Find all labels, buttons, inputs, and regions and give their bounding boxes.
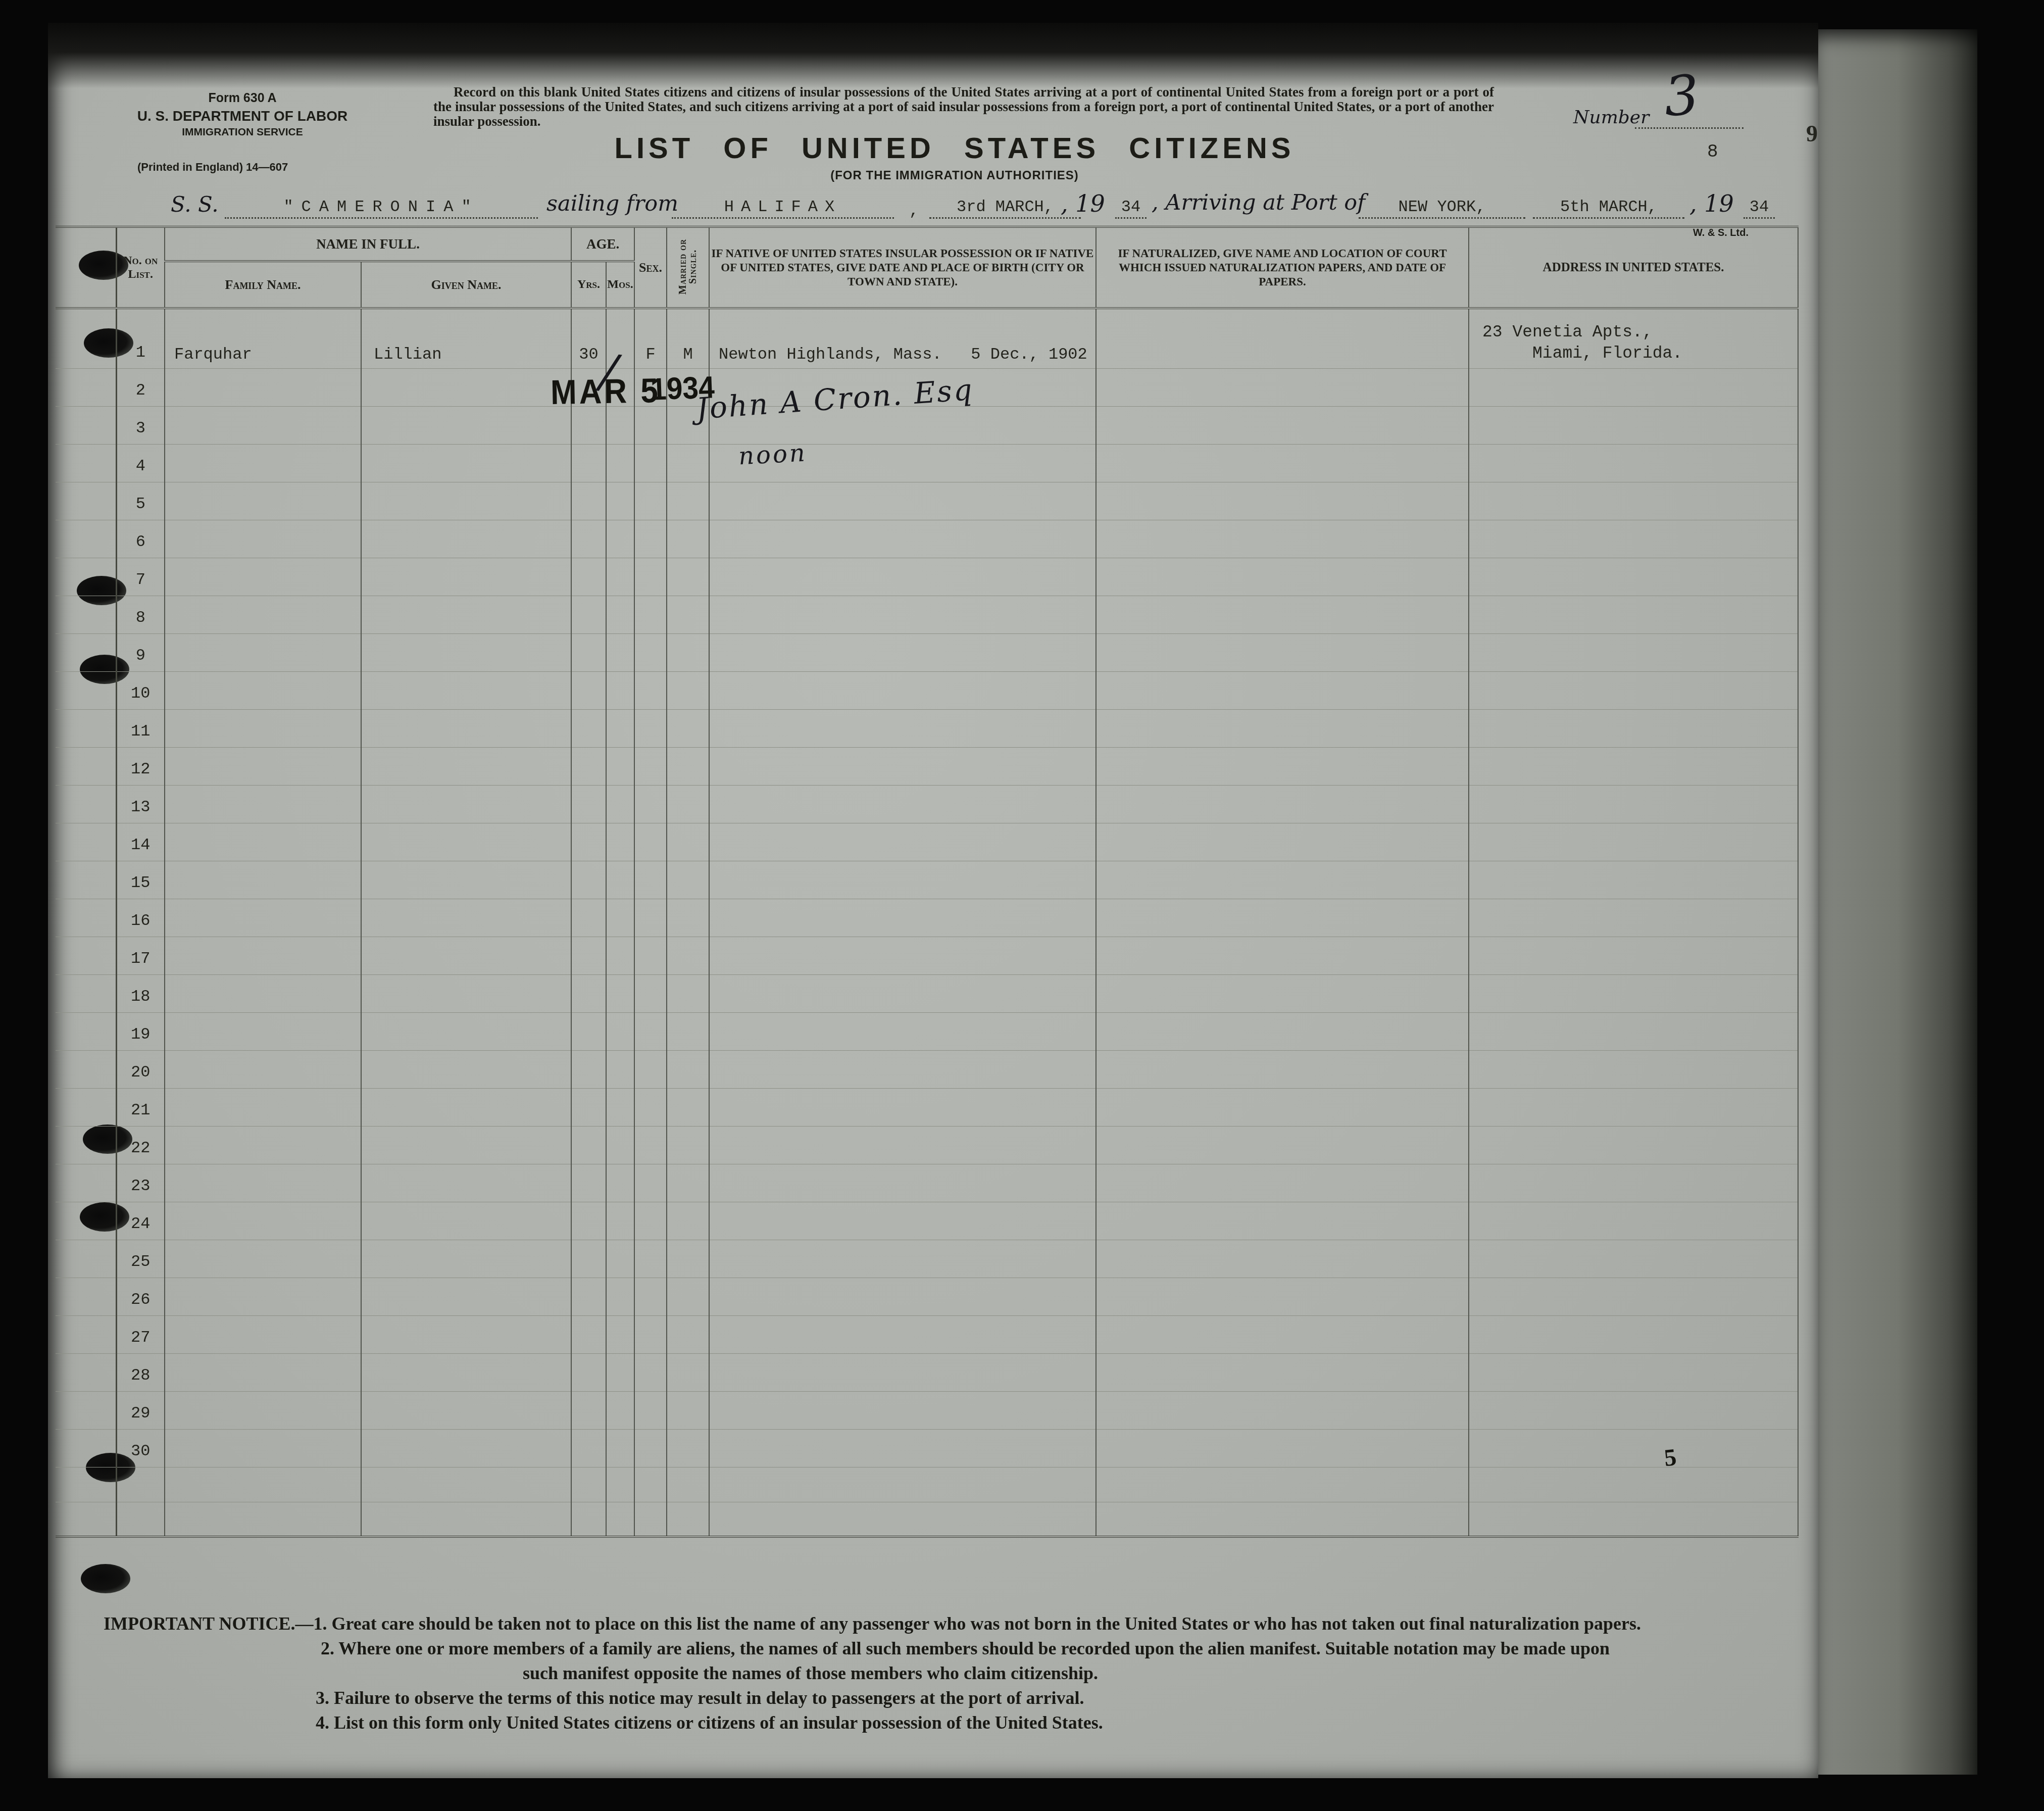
cell-family: [165, 406, 361, 444]
cell-no: 1: [116, 308, 165, 368]
cell-given: [361, 1050, 571, 1088]
cell-married: [667, 671, 709, 709]
cell-margin: [56, 671, 116, 709]
cell-yrs: [571, 1278, 606, 1315]
cell-naturalized: [1096, 823, 1469, 861]
cell-given: [361, 1315, 571, 1353]
cell-margin: [56, 1050, 116, 1088]
printed-year-prefix-1: , 19: [1061, 190, 1105, 217]
handwritten-noon: noon: [738, 438, 808, 470]
cell-married: [667, 709, 709, 747]
cell-sex: [634, 1240, 667, 1278]
cell-margin: [56, 823, 116, 861]
cell-naturalized: [1096, 1502, 1469, 1537]
cell-birth: [709, 1391, 1096, 1429]
cell-married: [667, 861, 709, 899]
cell-mos: [606, 520, 634, 558]
cell-margin: [56, 1502, 116, 1537]
cell-margin: [56, 1126, 116, 1164]
cell-family: [165, 671, 361, 709]
cell-yrs: [571, 861, 606, 899]
cell-address: [1469, 1164, 1798, 1202]
col-header-yrs: Yrs.: [571, 261, 606, 308]
cell-given: [361, 482, 571, 520]
cell-no: 4: [116, 444, 165, 482]
given-name-label: Given Name.: [431, 277, 502, 292]
cell-sex: F: [634, 308, 667, 368]
sailing-year-field: 34: [1115, 197, 1146, 219]
cell-mos: [606, 596, 634, 633]
cell-birth: [709, 1502, 1096, 1537]
cell-sex: [634, 1050, 667, 1088]
table-row: 29: [56, 1391, 1798, 1429]
cell-married: [667, 1164, 709, 1202]
cell-married: [667, 899, 709, 937]
cell-birth: [709, 671, 1096, 709]
cell-birth: [709, 482, 1096, 520]
cell-no: 12: [116, 747, 165, 785]
cell-yrs: [571, 596, 606, 633]
cell-sex: [634, 1202, 667, 1240]
cell-family: [165, 1202, 361, 1240]
cell-margin: [56, 1353, 116, 1391]
cell-naturalized: [1096, 1202, 1469, 1240]
notice-num-4: 4.: [316, 1712, 329, 1733]
cell-address: [1469, 558, 1798, 596]
cell-margin: [56, 899, 116, 937]
cell-no: 17: [116, 937, 165, 974]
cell-family: [165, 1126, 361, 1164]
cell-sex: [634, 558, 667, 596]
mos-label: Mos.: [607, 278, 633, 291]
cell-given: [361, 406, 571, 444]
col-header-age: AGE.: [571, 227, 634, 261]
cell-birth: [709, 1126, 1096, 1164]
next-page-edge: [1818, 29, 1977, 1775]
cell-sex: [634, 1391, 667, 1429]
cell-family: [165, 709, 361, 747]
table-row: 6: [56, 520, 1798, 558]
col-header-sex: Sex.: [634, 227, 667, 308]
cell-yrs: [571, 520, 606, 558]
cell-married: [667, 1240, 709, 1278]
cell-naturalized: [1096, 633, 1469, 671]
cell-family: [165, 596, 361, 633]
cell-birth: [709, 1164, 1096, 1202]
cell-sex: [634, 633, 667, 671]
cell-address: [1469, 633, 1798, 671]
cell-no: 18: [116, 974, 165, 1012]
cell-birth: [709, 596, 1096, 633]
cell-given: [361, 558, 571, 596]
cell-no: 2: [116, 368, 165, 406]
scanned-manifest-page: Form 630 A U. S. DEPARTMENT OF LABOR IMM…: [0, 0, 2044, 1811]
cell-address: [1469, 1315, 1798, 1353]
cell-mos: [606, 1050, 634, 1088]
table-row: [56, 1467, 1798, 1502]
cell-mos: [606, 1467, 634, 1502]
cell-sex: [634, 1502, 667, 1537]
cell-mos: [606, 1012, 634, 1050]
cell-mos: [606, 861, 634, 899]
col-header-mos: Mos.: [606, 261, 634, 308]
cell-naturalized: [1096, 861, 1469, 899]
table-row: [56, 1502, 1798, 1537]
cell-margin: [56, 1315, 116, 1353]
cell-address: [1469, 1088, 1798, 1126]
cell-birth: [709, 899, 1096, 937]
cell-naturalized: [1096, 785, 1469, 823]
cell-mos: [606, 1164, 634, 1202]
cell-family: [165, 520, 361, 558]
cell-mos: [606, 1315, 634, 1353]
cell-yrs: [571, 1467, 606, 1502]
cell-family: [165, 1012, 361, 1050]
cell-married: [667, 937, 709, 974]
cell-birth: [709, 633, 1096, 671]
cell-naturalized: [1096, 1164, 1469, 1202]
cell-yrs: [571, 747, 606, 785]
cell-married: [667, 633, 709, 671]
cell-married: [667, 974, 709, 1012]
cell-address: [1469, 1050, 1798, 1088]
cell-family: [165, 482, 361, 520]
cell-no: 27: [116, 1315, 165, 1353]
arriving-at-port-label: , Arriving at Port of: [1152, 190, 1365, 215]
cell-married: [667, 1467, 709, 1502]
cell-family: [165, 974, 361, 1012]
departure-port-field: HALIFAX: [672, 197, 894, 219]
printed-note: (Printed in England) 14—607: [137, 161, 288, 174]
notice-heading: IMPORTANT NOTICE.—: [104, 1613, 313, 1634]
cell-naturalized: [1096, 308, 1469, 368]
cell-margin: [56, 596, 116, 633]
cell-no: 8: [116, 596, 165, 633]
cell-yrs: [571, 1391, 606, 1429]
cell-no: 10: [116, 671, 165, 709]
cell-given: [361, 1126, 571, 1164]
cell-family: [165, 1429, 361, 1467]
cell-married: [667, 444, 709, 482]
cell-birth: [709, 747, 1096, 785]
cell-married: [667, 482, 709, 520]
cell-sex: [634, 1353, 667, 1391]
cell-no: 6: [116, 520, 165, 558]
cell-family: [165, 1502, 361, 1537]
cell-given: [361, 1502, 571, 1537]
cell-family: [165, 1050, 361, 1088]
cell-no: 30: [116, 1429, 165, 1467]
cell-given: [361, 1467, 571, 1502]
cell-address: [1469, 671, 1798, 709]
cell-yrs: [571, 823, 606, 861]
notice-text-1: Great care should be taken not to place …: [331, 1613, 1641, 1634]
table-row: 25: [56, 1240, 1798, 1278]
cell-address: [1469, 1240, 1798, 1278]
cell-given: [361, 861, 571, 899]
cell-family: [165, 1391, 361, 1429]
cell-mos: [606, 1278, 634, 1315]
manifest-rows: 1FarquharLillian30FMNewton Highlands, Ma…: [56, 308, 1798, 1537]
cell-sex: [634, 1429, 667, 1467]
cell-given: [361, 1353, 571, 1391]
cell-margin: [56, 368, 116, 406]
cell-married: [667, 785, 709, 823]
cell-naturalized: [1096, 1050, 1469, 1088]
comma-separator: ,: [909, 201, 919, 220]
cell-given: [361, 1012, 571, 1050]
table-row: 14: [56, 823, 1798, 861]
cell-married: [667, 520, 709, 558]
notice-line-4: 4. List on this form only United States …: [316, 1710, 1801, 1735]
cell-given: [361, 671, 571, 709]
cell-sex: [634, 861, 667, 899]
cell-sex: [634, 520, 667, 558]
cell-no: 3: [116, 406, 165, 444]
cell-margin: [56, 558, 116, 596]
cell-naturalized: [1096, 671, 1469, 709]
table-row: 9: [56, 633, 1798, 671]
cell-address: [1469, 1391, 1798, 1429]
sheet-page-number: 8: [1707, 141, 1718, 162]
cell-naturalized: [1096, 974, 1469, 1012]
cell-mos: [606, 747, 634, 785]
cell-birth: [709, 1467, 1096, 1502]
cell-no: 25: [116, 1240, 165, 1278]
cell-family: [165, 1353, 361, 1391]
cell-birth: [709, 520, 1096, 558]
cell-no: 16: [116, 899, 165, 937]
cell-birth: [709, 1088, 1096, 1126]
cell-naturalized: [1096, 937, 1469, 974]
cell-family: [165, 1164, 361, 1202]
cell-address: [1469, 596, 1798, 633]
arrival-date-field: 5th MARCH,: [1533, 197, 1684, 219]
notice-num-1: 1.: [313, 1613, 327, 1634]
cell-married: [667, 1202, 709, 1240]
cell-address: [1469, 1353, 1798, 1391]
form-id: Form 630 A: [131, 91, 354, 106]
cell-naturalized: [1096, 1240, 1469, 1278]
cell-yrs: [571, 899, 606, 937]
cell-yrs: [571, 1012, 606, 1050]
ss-label: S. S.: [171, 192, 219, 217]
cell-family: [165, 861, 361, 899]
cell-address: [1469, 823, 1798, 861]
important-notice: IMPORTANT NOTICE.—1. Great care should b…: [104, 1611, 1801, 1735]
cell-sex: [634, 1126, 667, 1164]
cell-sex: [634, 1088, 667, 1126]
cell-address: [1469, 785, 1798, 823]
table-row: 5: [56, 482, 1798, 520]
table-row: 12: [56, 747, 1798, 785]
cell-family: [165, 785, 361, 823]
cell-margin: [56, 1164, 116, 1202]
cell-margin: [56, 709, 116, 747]
printed-year-prefix-2: , 19: [1689, 190, 1734, 217]
cell-no: [116, 1502, 165, 1537]
sailing-from-label: sailing from: [546, 191, 678, 216]
cell-margin: [56, 1240, 116, 1278]
cell-address: [1469, 937, 1798, 974]
cell-family: [165, 823, 361, 861]
notice-num-3: 3.: [316, 1688, 329, 1708]
col-header-address: ADDRESS IN UNITED STATES.: [1469, 227, 1798, 308]
cell-naturalized: [1096, 1429, 1469, 1467]
punch-hole: [81, 1564, 130, 1593]
table-row: 17: [56, 937, 1798, 974]
cell-no: 11: [116, 709, 165, 747]
table-row: 18: [56, 974, 1798, 1012]
cell-given: [361, 823, 571, 861]
cell-margin: [56, 785, 116, 823]
cell-margin: [56, 633, 116, 671]
cell-no: 24: [116, 1202, 165, 1240]
cell-family: [165, 1315, 361, 1353]
cell-naturalized: [1096, 1391, 1469, 1429]
cell-mos: [606, 709, 634, 747]
family-name-label: Family Name.: [225, 277, 301, 292]
cell-sex: [634, 1315, 667, 1353]
table-row: 27: [56, 1315, 1798, 1353]
cell-yrs: [571, 1502, 606, 1537]
cell-sex: [634, 823, 667, 861]
cell-birth: Newton Highlands, Mass. 5 Dec., 1902: [709, 308, 1096, 368]
cell-no: 21: [116, 1088, 165, 1126]
cell-birth: [709, 1353, 1096, 1391]
cell-address: [1469, 1278, 1798, 1315]
no-on-list-label: No. on List.: [123, 254, 158, 281]
cell-married: [667, 1050, 709, 1088]
service-name: IMMIGRATION SERVICE: [131, 126, 354, 138]
cell-given: [361, 1164, 571, 1202]
cell-sex: [634, 899, 667, 937]
cell-given: [361, 974, 571, 1012]
table-row: 13: [56, 785, 1798, 823]
cell-naturalized: [1096, 1353, 1469, 1391]
table-row: 3: [56, 406, 1798, 444]
cell-given: [361, 633, 571, 671]
cell-birth: [709, 823, 1096, 861]
cell-yrs: [571, 671, 606, 709]
cell-yrs: [571, 482, 606, 520]
cell-address: [1469, 444, 1798, 482]
cell-no: 26: [116, 1278, 165, 1315]
cell-birth: [709, 558, 1096, 596]
cell-yrs: [571, 1202, 606, 1240]
cell-married: [667, 1429, 709, 1467]
notice-num-2: 2.: [321, 1638, 334, 1658]
cell-family: [165, 747, 361, 785]
cell-family: [165, 1278, 361, 1315]
table-row: 26: [56, 1278, 1798, 1315]
cell-yrs: [571, 937, 606, 974]
cell-naturalized: [1096, 520, 1469, 558]
cell-mos: [606, 899, 634, 937]
notice-line-2b: such manifest opposite the names of thos…: [523, 1661, 1801, 1686]
cell-yrs: [571, 785, 606, 823]
table-row: 4: [56, 444, 1798, 482]
cell-given: [361, 1088, 571, 1126]
table-row: 1FarquharLillian30FMNewton Highlands, Ma…: [56, 308, 1798, 368]
cell-married: [667, 1012, 709, 1050]
arrival-port-field: NEW YORK,: [1359, 197, 1525, 219]
table-row: 19: [56, 1012, 1798, 1050]
col-header-given-name: Given Name.: [361, 261, 571, 308]
cell-mos: [606, 1502, 634, 1537]
cell-sex: [634, 482, 667, 520]
department-name: U. S. DEPARTMENT OF LABOR: [116, 108, 369, 124]
table-row: 10: [56, 671, 1798, 709]
table-row: 11: [56, 709, 1798, 747]
cell-margin: [56, 308, 116, 368]
cell-naturalized: [1096, 558, 1469, 596]
cell-birth: [709, 1240, 1096, 1278]
notice-line-1: IMPORTANT NOTICE.—1. Great care should b…: [104, 1611, 1801, 1636]
cell-given: Lillian: [361, 308, 571, 368]
cell-address: [1469, 368, 1798, 406]
cell-naturalized: [1096, 1467, 1469, 1502]
cell-birth: [709, 1278, 1096, 1315]
cell-married: [667, 1502, 709, 1537]
cell-yrs: [571, 1429, 606, 1467]
number-value-handwritten: 3: [1662, 64, 1701, 129]
cell-margin: [56, 444, 116, 482]
cell-yrs: [571, 1315, 606, 1353]
cell-margin: [56, 1088, 116, 1126]
cell-margin: [56, 520, 116, 558]
cell-address: [1469, 974, 1798, 1012]
cell-naturalized: [1096, 1315, 1469, 1353]
cell-family: [165, 1088, 361, 1126]
cell-naturalized: [1096, 406, 1469, 444]
cell-naturalized: [1096, 747, 1469, 785]
table-row: 24: [56, 1202, 1798, 1240]
cell-margin: [56, 1012, 116, 1050]
cell-address: [1469, 1502, 1798, 1537]
cell-sex: [634, 1164, 667, 1202]
cell-sex: [634, 785, 667, 823]
cell-yrs: [571, 1164, 606, 1202]
cell-address: 23 Venetia Apts., Miami, Florida.: [1469, 308, 1798, 368]
cell-given: [361, 1240, 571, 1278]
cell-birth: [709, 1315, 1096, 1353]
cell-margin: [56, 1202, 116, 1240]
arrival-year-field: 34: [1743, 197, 1775, 219]
cell-mos: [606, 1240, 634, 1278]
cell-address: [1469, 899, 1798, 937]
cell-margin: [56, 747, 116, 785]
notice-line-2: 2. Where one or more members of a family…: [321, 1636, 1801, 1661]
cell-mos: [606, 1126, 634, 1164]
cell-address: [1469, 1202, 1798, 1240]
table-row: 16: [56, 899, 1798, 937]
notice-text-3: Failure to observe the terms of this not…: [334, 1688, 1084, 1708]
cell-mos: [606, 823, 634, 861]
cell-family: [165, 1467, 361, 1502]
cell-no: 14: [116, 823, 165, 861]
notice-line-3: 3. Failure to observe the terms of this …: [316, 1686, 1801, 1710]
cell-naturalized: [1096, 444, 1469, 482]
cell-mos: [606, 1391, 634, 1429]
cell-address: [1469, 861, 1798, 899]
cell-family: [165, 1240, 361, 1278]
cell-given: [361, 1278, 571, 1315]
cell-mos: [606, 633, 634, 671]
cell-no: 19: [116, 1012, 165, 1050]
cell-birth: [709, 1202, 1096, 1240]
cell-sex: [634, 1467, 667, 1502]
